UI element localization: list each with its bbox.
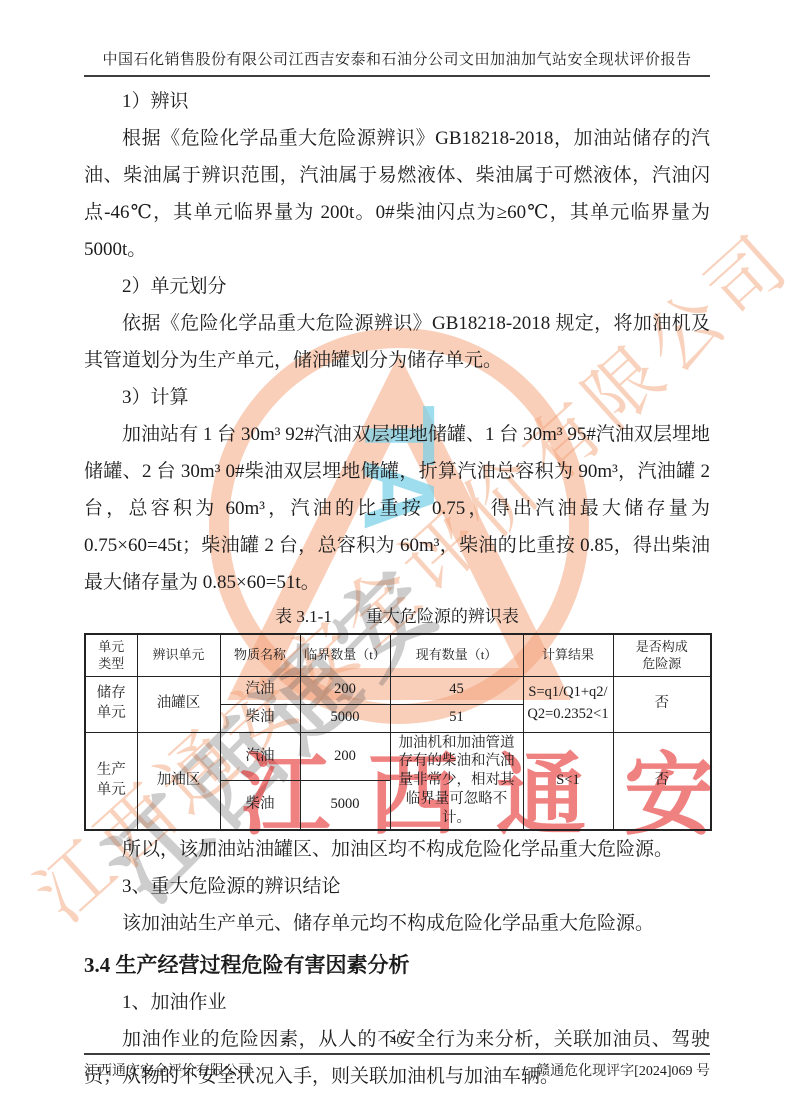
col-header-unit-type: 单元 类型 xyxy=(85,634,137,676)
cell-storage-calc: S=q1/Q1+q2/Q2=0.2352<1 xyxy=(523,676,613,732)
section-refueling-title: 1、加油作业 xyxy=(84,984,710,1021)
table-row: 储存 单元 油罐区 汽油 200 45 S=q1/Q1+q2/Q2=0.2352… xyxy=(85,676,711,704)
section-2-unit-division-title: 2）单元划分 xyxy=(84,268,710,305)
paragraph-table-conclusion: 所以，该加油站油罐区、加油区均不构成危险化学品重大危险源。 xyxy=(84,831,710,868)
page-footer: 江西通安安全评价有限公司 赣通危化现评字[2024]069 号 xyxy=(84,1053,710,1080)
col-header-material: 物质名称 xyxy=(220,634,300,676)
cell-storage-diesel-critical: 5000 xyxy=(300,704,390,732)
page-content: 中国石化销售股份有限公司江西吉安泰和石油分公司文田加油加气站安全现状评价报告 1… xyxy=(0,0,793,1120)
col-header-calc-result: 计算结果 xyxy=(523,634,613,676)
paragraph-calculation: 加油站有 1 台 30m³ 92#汽油双层埋地储罐、1 台 30m³ 95#汽油… xyxy=(84,416,710,601)
table-header-row: 单元 类型 辨识单元 物质名称 临界数量（t） 现有数量（t） 计算结果 是否构… xyxy=(85,634,711,676)
heading-3-4: 3.4 生产经营过程危险有害因素分析 xyxy=(84,950,710,980)
section-1-identification-title: 1）辨识 xyxy=(84,83,710,120)
cell-storage-diesel-existing: 51 xyxy=(390,704,523,732)
cell-production-calc: S<1 xyxy=(523,732,613,830)
cell-storage-gasoline-critical: 200 xyxy=(300,676,390,704)
cell-production-diesel-critical: 5000 xyxy=(300,781,390,830)
col-header-ident-unit: 辨识单元 xyxy=(137,634,220,676)
cell-production-conclusion: 否 xyxy=(613,732,711,830)
footer-company-name: 江西通安安全评价有限公司 xyxy=(84,1060,252,1080)
cell-production-ident-unit: 加油区 xyxy=(137,732,220,830)
section-conclusion-title: 3、重大危险源的辨识结论 xyxy=(84,868,710,905)
hazard-identification-table: 单元 类型 辨识单元 物质名称 临界数量（t） 现有数量（t） 计算结果 是否构… xyxy=(84,633,712,831)
paragraph-final-conclusion: 该加油站生产单元、储存单元均不构成危险化学品重大危险源。 xyxy=(84,905,710,942)
table-caption: 表 3.1-1 重大危险源的辨识表 xyxy=(84,605,710,629)
cell-production-existing-note: 加油机和加油管道存有的柴油和汽油量非常少，相对其临界量可忽略不计。 xyxy=(390,732,523,830)
cell-production-unit-type: 生产 单元 xyxy=(85,732,137,830)
col-header-is-major-hazard: 是否构成 危险源 xyxy=(613,634,711,676)
document-body: 1）辨识 根据《危险化学品重大危险源辨识》GB18218-2018，加油站储存的… xyxy=(84,83,710,1095)
cell-storage-ident-unit: 油罐区 xyxy=(137,676,220,732)
paragraph-identification: 根据《危险化学品重大危险源辨识》GB18218-2018，加油站储存的汽油、柴油… xyxy=(84,120,710,268)
col-header-critical-qty: 临界数量（t） xyxy=(300,634,390,676)
col-header-existing-qty: 现有数量（t） xyxy=(390,634,523,676)
page-number: 40 xyxy=(0,1032,793,1048)
table-row: 生产 单元 加油区 汽油 200 加油机和加油管道存有的柴油和汽油量非常少，相对… xyxy=(85,732,711,781)
paragraph-unit-division: 依据《危险化学品重大危险源辨识》GB18218-2018 规定，将加油机及其管道… xyxy=(84,305,710,379)
section-3-calculation-title: 3）计算 xyxy=(84,379,710,416)
footer-doc-number: 赣通危化现评字[2024]069 号 xyxy=(536,1060,710,1080)
cell-storage-gasoline: 汽油 xyxy=(220,676,300,704)
cell-storage-unit-type: 储存 单元 xyxy=(85,676,137,732)
page-header-title: 中国石化销售股份有限公司江西吉安泰和石油分公司文田加油加气站安全现状评价报告 xyxy=(84,48,710,77)
cell-storage-diesel: 柴油 xyxy=(220,704,300,732)
report-page: TA 江西通安安全评价有限公司 江西通安 江西通安 中国石化销售股份有限公司江西… xyxy=(0,0,793,1120)
cell-storage-gasoline-existing: 45 xyxy=(390,676,523,704)
cell-production-gasoline: 汽油 xyxy=(220,732,300,781)
cell-production-diesel: 柴油 xyxy=(220,781,300,830)
cell-production-gasoline-critical: 200 xyxy=(300,732,390,781)
cell-storage-conclusion: 否 xyxy=(613,676,711,732)
